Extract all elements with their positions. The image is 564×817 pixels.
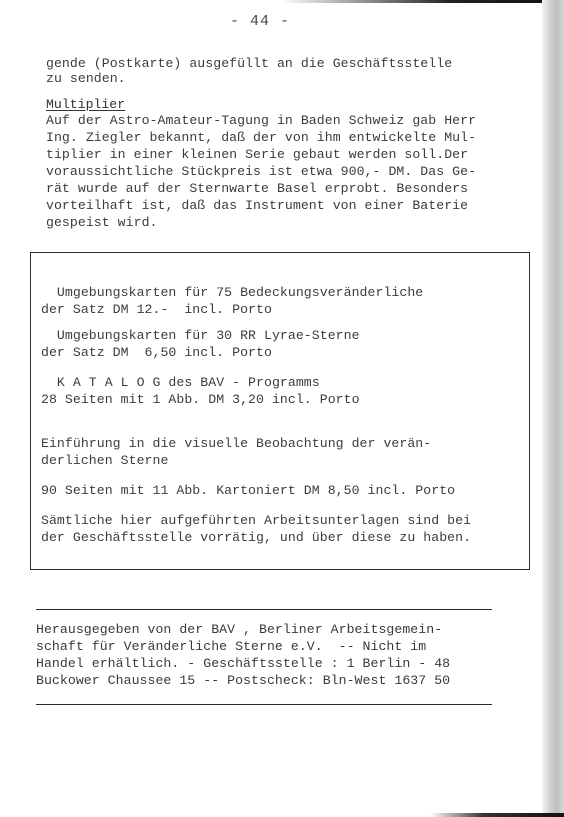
scan-edge-right <box>542 0 564 817</box>
page-number: - 44 - <box>230 13 290 30</box>
paragraph-line: rät wurde auf der Sternwarte Basel erpro… <box>46 181 468 197</box>
imprint-line: Handel erhältlich. - Geschäftsstelle : 1… <box>36 656 450 672</box>
scan-edge-top <box>280 0 564 3</box>
paragraph-line: tiplier in einer kleinen Serie gebaut we… <box>46 147 468 163</box>
offer-title: Umgebungskarten für 30 RR Lyrae-Sterne <box>41 328 360 344</box>
offer-price: 28 Seiten mit 1 Abb. DM 3,20 incl. Porto <box>41 392 360 408</box>
section-heading: Multiplier <box>46 97 125 113</box>
scan-edge-bottom <box>430 813 564 817</box>
offer-title: Einführung in die visuelle Beobachtung d… <box>41 436 431 452</box>
intro-line: zu senden. <box>46 71 126 87</box>
paragraph-line: Ing. Ziegler bekannt, daß der von ihm en… <box>46 130 476 146</box>
paragraph-line: vorteilhaft ist, daß das Instrument von … <box>46 198 468 214</box>
imprint-line: Herausgegeben von der BAV , Berliner Arb… <box>36 622 442 638</box>
paragraph-line: gespeist wird. <box>46 215 158 231</box>
imprint-line: schaft für Veränderliche Sterne e.V. -- … <box>36 639 426 655</box>
footer-rule-bottom <box>36 704 492 705</box>
imprint-line: Buckower Chaussee 15 -- Postscheck: Bln-… <box>36 673 450 689</box>
footer-rule-top <box>36 609 492 610</box>
intro-line: gende (Postkarte) ausgefüllt an die Gesc… <box>46 56 452 72</box>
offer-title-cont: derlichen Sterne <box>41 453 168 469</box>
offer-price: 90 Seiten mit 11 Abb. Kartoniert DM 8,50… <box>41 483 455 499</box>
paragraph-line: voraussichtliche Stückpreis ist etwa 900… <box>46 164 476 180</box>
paragraph-line: Auf der Astro-Amateur-Tagung in Baden Sc… <box>46 113 476 129</box>
offer-title: Umgebungskarten für 75 Bedeckungsverände… <box>41 285 423 301</box>
offer-price: der Satz DM 6,50 incl. Porto <box>41 345 272 361</box>
note-line: der Geschäftsstelle vorrätig, und über d… <box>41 530 471 546</box>
offer-title: K A T A L O G des BAV - Programms <box>41 375 320 391</box>
offer-price: der Satz DM 12.- incl. Porto <box>41 302 272 318</box>
note-line: Sämtliche hier aufgeführten Arbeitsunter… <box>41 513 471 529</box>
